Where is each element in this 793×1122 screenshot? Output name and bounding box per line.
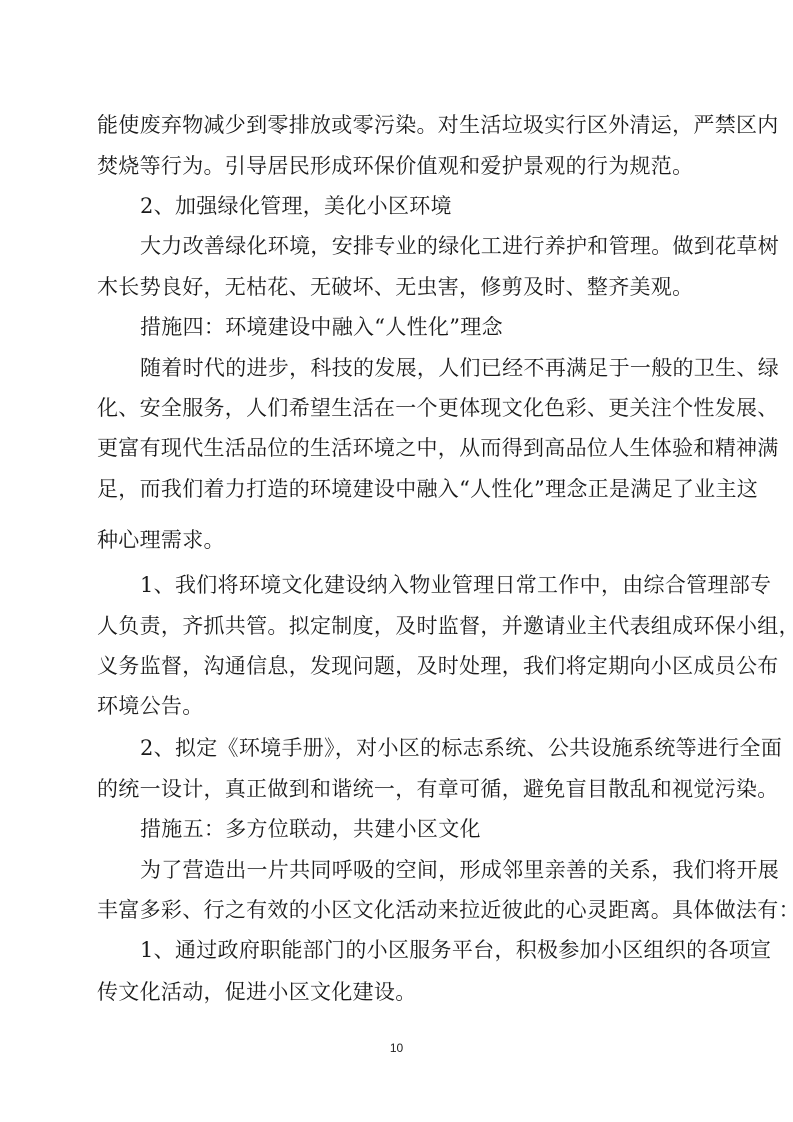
text-line: 能使废弃物减少到零排放或零污染。对生活垃圾实行区外清运，严禁区内 [97, 110, 697, 140]
text-line: 1、我们将环境文化建设纳入物业管理日常工作中，由综合管理部专 [140, 570, 697, 600]
text-line: 的统一设计，真正做到和谐统一，有章可循，避免盲目散乱和视觉污染。 [97, 774, 697, 804]
text-line: 化、安全服务，人们希望生活在一个更体现文化色彩、更关注个性发展、 [97, 393, 697, 423]
text-line: 种心理需求。 [97, 525, 697, 555]
section-heading: 措施五：多方位联动，共建小区文化 [140, 814, 697, 844]
text-line: 大力改善绿化环境，安排专业的绿化工进行养护和管理。做到花草树 [140, 231, 697, 261]
text-line: 木长势良好，无枯花、无破坏、无虫害，修剪及时、整齐美观。 [97, 272, 697, 302]
text-line: 人负责，齐抓共管。拟定制度，及时监督，并邀请业主代表组成环保小组， [97, 611, 697, 641]
text-line: 环境公告。 [97, 691, 697, 721]
text-line: 1、通过政府职能部门的小区服务平台，积极参加小区组织的各项宣 [140, 935, 697, 965]
text-line: 丰富多彩、行之有效的小区文化活动来拉近彼此的心灵距离。具体做法有： [97, 895, 697, 925]
text-line: 更富有现代生活品位的生活环境之中，从而得到高品位人生体验和精神满 [97, 433, 697, 463]
document-page: 能使废弃物减少到零排放或零污染。对生活垃圾实行区外清运，严禁区内 焚烧等行为。引… [0, 0, 793, 1122]
section-heading: 2、加强绿化管理，美化小区环境 [140, 191, 697, 221]
text-line: 为了营造出一片共同呼吸的空间，形成邻里亲善的关系，我们将开展 [140, 855, 697, 885]
text-line: 义务监督，沟通信息，发现问题，及时处理，我们将定期向小区成员公布 [97, 651, 697, 681]
text-line: 传文化活动，促进小区文化建设。 [97, 977, 697, 1007]
section-heading: 措施四：环境建设中融入“人性化”理念 [140, 312, 697, 342]
page-number: 10 [0, 1041, 793, 1055]
text-line: 足，而我们着力打造的环境建设中融入“人性化”理念正是满足了业主这 [97, 474, 697, 504]
text-line: 随着时代的进步，科技的发展，人们已经不再满足于一般的卫生、绿 [140, 353, 697, 383]
text-line: 2、拟定《环境手册》，对小区的标志系统、公共设施系统等进行全面 [140, 733, 697, 763]
text-line: 焚烧等行为。引导居民形成环保价值观和爱护景观的行为规范。 [97, 151, 697, 181]
